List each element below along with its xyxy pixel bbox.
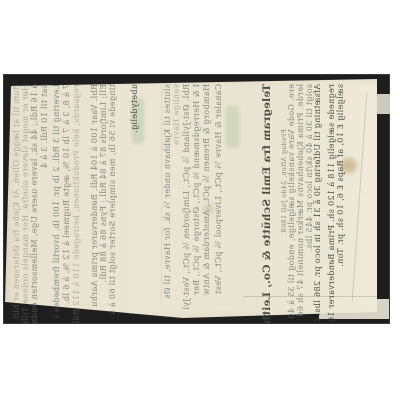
document-title-line: Telegram fra Emil Schütte & Co., Leith. [262,84,272,324]
document-line: sat til 10 Rdl. 3 à 4 [40,84,50,168]
document-text: Rum til at lægge Olien. At Kjøbe fra Øst… [10,84,350,316]
document-line: I & Herregdsmænd ⅜ pCt., Østorge ⅛ pCt.,… [192,84,202,295]
document-line: sælgelig £ 10, af Raps £ 6, 10 sh. pr. T… [336,84,346,267]
document-line: Afsætning til Udføring 30 à 31 sh in loc… [313,84,323,324]
page: { "colors": { "page_background": "#fffff… [0,0,400,400]
document-line: Hamborg & Bremen ⅛ pCt., Amsterdam & Ant… [202,84,212,296]
document-line: venlige Havre [172,84,182,145]
document-line: regaards, hele Produktionen, betragede 1… [72,84,82,324]
document-line: tingede vi 56 lb, men simplere Sorter so… [108,84,118,315]
document-line: ubetydelig. [130,84,140,133]
document-photo[interactable]: Rum til at lægge Olien. At Kjøbe fra Øst… [3,74,390,324]
document-line: Rbl. Øst-Jylland ⅞ pCt., Limfjorden ⅛ pC… [182,84,192,310]
document-line: 7 à 8, 3 à 7 lb 10 %, ægte Rugmeel à 12 … [62,84,72,304]
paper-under-layer-notch [375,94,390,114]
document-line: Canaler & Havre ¼ pCt., Liverpool ⅛ pCt.… [214,84,224,294]
document-line: Levering til 3 Rdl. 2 lb pr. 100 lb, hvo… [52,84,62,318]
document-line: à 16 Rdl.; 44 sk. lavere usere Uge. Mell… [30,84,40,324]
